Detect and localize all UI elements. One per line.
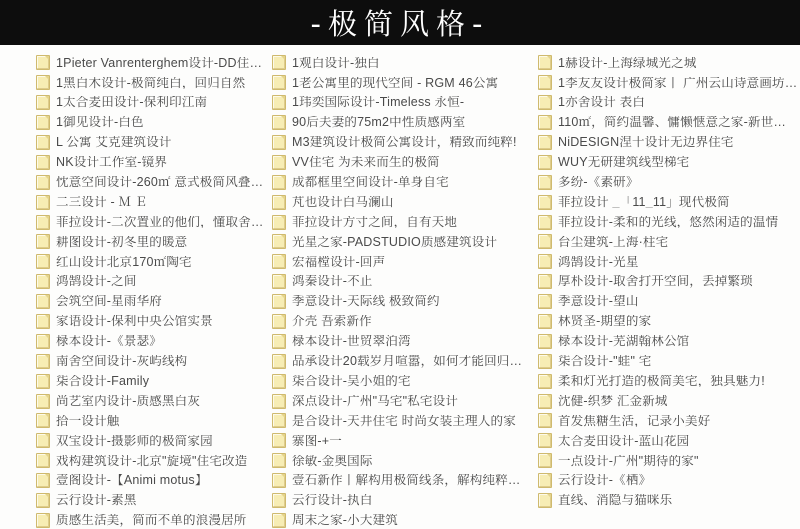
folder-item-label: 1观白设计-独白 (292, 57, 380, 70)
folder-icon (538, 274, 552, 289)
folder-item-label: 季意设计-望山 (558, 295, 639, 308)
folder-icon (272, 513, 286, 528)
folder-icon (272, 254, 286, 269)
folder-icon (36, 374, 50, 389)
folder-item-label: 林贤圣-期望的家 (558, 315, 651, 328)
folder-item[interactable]: 菲拉设计 _「11_11」现代极简 (538, 192, 798, 212)
folder-icon (36, 175, 50, 190)
folder-icon (272, 75, 286, 90)
folder-item-label: 云行设计-素黑 (56, 494, 137, 507)
folder-item[interactable]: 1御见设计-白色 (36, 113, 266, 133)
folder-item[interactable]: 椂本设计-世贸翠泊湾 (272, 331, 532, 351)
folder-item-label: 壹阁设计-【Animi motus】 (56, 474, 208, 487)
folder-item-label: 品承设计20载岁月喧嚣，如何才能回归宁静致... (292, 355, 532, 368)
folder-item-label: 1赫设计-上海绿城光之城 (558, 57, 697, 70)
folder-item-label: 多纷-《素研》 (558, 176, 639, 189)
folder-icon (36, 135, 50, 150)
folder-icon (272, 334, 286, 349)
folder-column-1: 1Pieter Vanrenterghem设计-DD住宅，中性...1黑白木设计… (0, 53, 266, 529)
folder-item-label: 寨图-+一 (292, 435, 342, 448)
folder-icon (36, 55, 50, 70)
folder-item[interactable]: WUY无研建筑线型梯宅 (538, 152, 798, 172)
folder-item-label: 椂本设计-世贸翠泊湾 (292, 335, 411, 348)
folder-item[interactable]: 鸿秦设计-不止 (272, 272, 532, 292)
folder-item[interactable]: 一点设计-广州"期待的家" (538, 451, 798, 471)
folder-item[interactable]: 品承设计20载岁月喧嚣，如何才能回归宁静致... (272, 351, 532, 371)
folder-icon (272, 413, 286, 428)
folder-item[interactable]: 季意设计-天际线 极致简约 (272, 292, 532, 312)
folder-icon (36, 314, 50, 329)
folder-item-label: 柒合设计-Family (56, 375, 149, 388)
folder-item[interactable]: 会筑空间-星雨华府 (36, 292, 266, 312)
folder-icon (538, 413, 552, 428)
folder-item-label: 1李友友设计极简家丨 广州云山诗意画坊居：... (558, 77, 798, 90)
folder-icon (538, 195, 552, 210)
folder-item[interactable]: 云行设计-素黑 (36, 491, 266, 511)
folder-item-label: 云行设计-《栖》 (558, 474, 651, 487)
folder-item[interactable]: NiDESIGN涅十设计无边界住宅 (538, 133, 798, 153)
folder-item-label: 耕图设计-初冬里的暖意 (56, 236, 187, 249)
folder-item-label: 直线、消隐与猫咪乐 (558, 494, 672, 507)
folder-item-label: 壹石新作丨解构用极简线条，解构纯粹空间 (292, 474, 532, 487)
folder-icon (272, 195, 286, 210)
folder-icon (36, 254, 50, 269)
folder-item-label: NiDESIGN涅十设计无边界住宅 (558, 136, 734, 149)
folder-item-label: NK设计工作室-镜界 (56, 156, 167, 169)
folder-item-label: 菲拉设计 _「11_11」现代极简 (558, 196, 730, 209)
folder-item[interactable]: 菲拉设计方寸之间，自有天地 (272, 212, 532, 232)
folder-item[interactable]: 双宝设计-摄影师的极简家园 (36, 431, 266, 451)
folder-item[interactable]: 深点设计-广州"马宅"私宅设计 (272, 391, 532, 411)
folder-icon (272, 453, 286, 468)
folder-item[interactable]: 光星之家-PADSTUDIO质感建筑设计 (272, 232, 532, 252)
folder-icon (272, 374, 286, 389)
folder-item[interactable]: 1玮奕国际设计-Timeless 永恒- (272, 93, 532, 113)
folder-item[interactable]: 菲拉设计-二次置业的他们，懂取舍、会生活 (36, 212, 266, 232)
folder-item[interactable]: 红山设计北京170㎡陶宅 (36, 252, 266, 272)
folder-item[interactable]: 1李友友设计极简家丨 广州云山诗意画坊居：... (538, 73, 798, 93)
folder-item[interactable]: 柒合设计-Family (36, 371, 266, 391)
folder-icon (36, 433, 50, 448)
folder-icon (36, 493, 50, 508)
folder-item[interactable]: 寨图-+一 (272, 431, 532, 451)
folder-icon (272, 135, 286, 150)
folder-item[interactable]: 鸿鹄设计-之间 (36, 272, 266, 292)
folder-icon (538, 175, 552, 190)
folder-item[interactable]: 戏构建筑设计-北京"旋境"住宅改造 (36, 451, 266, 471)
folder-item-label: 鸿鹄设计-之间 (56, 275, 137, 288)
folder-icon (538, 115, 552, 130)
folder-item[interactable]: 柒合设计-"蛙" 宅 (538, 351, 798, 371)
folder-item-label: 菲拉设计方寸之间，自有天地 (292, 216, 457, 229)
folder-item[interactable]: 首发焦糖生活，记录小美好 (538, 411, 798, 431)
folder-item-label: 忱意空间设计-260㎡ 意式极简风叠墅，还原设... (56, 176, 266, 189)
folder-item[interactable]: 忱意空间设计-260㎡ 意式极简风叠墅，还原设... (36, 172, 266, 192)
folder-item[interactable]: 尚艺室内设计-质感黑白灰 (36, 391, 266, 411)
folder-item[interactable]: 是合设计-天井住宅 时尚女装主理人的家 (272, 411, 532, 431)
folder-item-label: 菲拉设计-二次置业的他们，懂取舍、会生活 (56, 216, 266, 229)
folder-item[interactable]: 柔和灯光打造的极简美宅，独具魅力! (538, 371, 798, 391)
folder-item-label: L 公寓 艾克建筑设计 (56, 136, 172, 149)
folder-item[interactable]: 鸿鹄设计-光星 (538, 252, 798, 272)
folder-item-label: 戏构建筑设计-北京"旋境"住宅改造 (56, 455, 247, 468)
folder-icon (36, 215, 50, 230)
folder-item[interactable]: 柒合设计-吴小姐的宅 (272, 371, 532, 391)
folder-column-3: 1赫设计-上海绿城光之城1李友友设计极简家丨 广州云山诗意画坊居：...1亦舍设… (532, 53, 798, 510)
folder-icon (36, 354, 50, 369)
folder-item-label: WUY无研建筑线型梯宅 (558, 156, 689, 169)
folder-icon (272, 314, 286, 329)
folder-icon (272, 55, 286, 70)
folder-icon (36, 234, 50, 249)
folder-item-label: M3建筑设计极简公寓设计，精致而纯粹! (292, 136, 517, 149)
folder-icon (272, 493, 286, 508)
folder-item[interactable]: 成都框里空间设计-单身自宅 (272, 172, 532, 192)
folder-item[interactable]: 云行设计-《栖》 (538, 471, 798, 491)
folder-icon (538, 95, 552, 110)
folder-icon (272, 473, 286, 488)
folder-icon (36, 473, 50, 488)
folder-icon (272, 215, 286, 230)
folder-icon (36, 453, 50, 468)
folder-item-label: 1黑白木设计-极简纯白，回归自然 (56, 77, 245, 90)
folder-item[interactable]: 太合麦田设计-蓝山花园 (538, 431, 798, 451)
folder-item[interactable]: 台尘建筑-上海·柱宅 (538, 232, 798, 252)
folder-item[interactable]: L 公寓 艾克建筑设计 (36, 133, 266, 153)
folder-item-label: 1御见设计-白色 (56, 116, 144, 129)
folder-item-label: 光星之家-PADSTUDIO质感建筑设计 (292, 236, 497, 249)
folder-icon (272, 394, 286, 409)
folder-item[interactable]: 壹阁设计-【Animi motus】 (36, 471, 266, 491)
folder-list: 1Pieter Vanrenterghem设计-DD住宅，中性...1黑白木设计… (0, 45, 800, 529)
folder-item[interactable]: 1赫设计-上海绿城光之城 (538, 53, 798, 73)
folder-item-label: 柒合设计-"蛙" 宅 (558, 355, 652, 368)
folder-icon (36, 274, 50, 289)
folder-item-label: 红山设计北京170㎡陶宅 (56, 256, 192, 269)
folder-item-label: 台尘建筑-上海·柱宅 (558, 236, 668, 249)
folder-item-label: 介壳 吾索新作 (292, 315, 372, 328)
folder-item-label: 拾一设计触 (56, 415, 120, 428)
folder-item-label: 南舍空间设计-灰屿线构 (56, 355, 187, 368)
folder-item-label: 是合设计-天井住宅 时尚女装主理人的家 (292, 415, 516, 428)
folder-item[interactable]: 壹石新作丨解构用极简线条，解构纯粹空间 (272, 471, 532, 491)
folder-item-label: 二三设计 - Ｍ Ｅ (56, 196, 148, 209)
folder-item[interactable]: 1太合麦田设计-保利印江南 (36, 93, 266, 113)
folder-item-label: 季意设计-天际线 极致简约 (292, 295, 440, 308)
folder-item[interactable]: 厚朴设计-取舍打开空间，丢掉繁琐 (538, 272, 798, 292)
folder-icon (538, 234, 552, 249)
folder-icon (538, 215, 552, 230)
folder-icon (538, 254, 552, 269)
folder-item-label: 1Pieter Vanrenterghem设计-DD住宅，中性... (56, 57, 266, 70)
folder-item[interactable]: 多纷-《素研》 (538, 172, 798, 192)
folder-item-label: 菲拉设计-柔和的光线，悠然闲适的温情 (558, 216, 778, 229)
folder-item[interactable]: 菲拉设计-柔和的光线，悠然闲适的温情 (538, 212, 798, 232)
folder-icon (272, 95, 286, 110)
folder-item[interactable]: 芃也设计白马澜山 (272, 192, 532, 212)
folder-icon (538, 55, 552, 70)
folder-item[interactable]: 90后夫妻的75m2中性质感两室 (272, 113, 532, 133)
folder-item-label: 首发焦糖生活，记录小美好 (558, 415, 710, 428)
folder-item[interactable]: 云行设计-执白 (272, 491, 532, 511)
folder-item[interactable]: 林贤圣-期望的家 (538, 312, 798, 332)
folder-item-label: 椂本设计-《景瑟》 (56, 335, 162, 348)
folder-item-label: 太合麦田设计-蓝山花园 (558, 435, 689, 448)
folder-item[interactable]: 耕图设计-初冬里的暖意 (36, 232, 266, 252)
folder-icon (36, 195, 50, 210)
folder-item[interactable]: 1观白设计-独白 (272, 53, 532, 73)
folder-icon (272, 274, 286, 289)
folder-item-label: 鸿鹄设计-光星 (558, 256, 639, 269)
folder-item-label: 1玮奕国际设计-Timeless 永恒- (292, 96, 464, 109)
folder-item-label: 柔和灯光打造的极简美宅，独具魅力! (558, 375, 765, 388)
folder-item-label: 深点设计-广州"马宅"私宅设计 (292, 395, 458, 408)
folder-item[interactable]: M3建筑设计极简公寓设计，精致而纯粹! (272, 133, 532, 153)
folder-icon (538, 314, 552, 329)
folder-item-label: 会筑空间-星雨华府 (56, 295, 162, 308)
folder-item-label: 柒合设计-吴小姐的宅 (292, 375, 411, 388)
folder-item[interactable]: 徐敏-金奥国际 (272, 451, 532, 471)
folder-item[interactable]: 季意设计-望山 (538, 292, 798, 312)
page-title: -极简风格- (311, 2, 490, 43)
folder-icon (272, 234, 286, 249)
folder-column-2: 1观白设计-独白1老公寓里的现代空间 - RGM 46公寓1玮奕国际设计-Tim… (266, 53, 532, 529)
folder-item[interactable]: 家语设计-保利中央公馆实景 (36, 312, 266, 332)
folder-icon (538, 493, 552, 508)
folder-icon (538, 75, 552, 90)
folder-icon (538, 334, 552, 349)
folder-icon (36, 75, 50, 90)
folder-item-label: 尚艺室内设计-质感黑白灰 (56, 395, 200, 408)
folder-item[interactable]: 1黑白木设计-极简纯白，回归自然 (36, 73, 266, 93)
folder-item[interactable]: 1亦舍设计 表白 (538, 93, 798, 113)
folder-icon (272, 115, 286, 130)
folder-icon (538, 294, 552, 309)
folder-item-label: 双宝设计-摄影师的极简家园 (56, 435, 213, 448)
folder-icon (538, 374, 552, 389)
page-title-banner: -极简风格- (0, 0, 800, 45)
folder-item[interactable]: 拾一设计触 (36, 411, 266, 431)
folder-item[interactable]: 椂本设计-芜湖翰林公馆 (538, 331, 798, 351)
folder-icon (538, 433, 552, 448)
folder-item[interactable]: 沈健-织梦 汇金新城 (538, 391, 798, 411)
folder-icon (272, 294, 286, 309)
folder-icon (538, 473, 552, 488)
folder-item-label: 质感生活美，简而不单的浪漫居所 (56, 514, 247, 527)
folder-icon (36, 155, 50, 170)
folder-item-label: VV住宅 为未来而生的极简 (292, 156, 440, 169)
folder-item-label: 沈健-织梦 汇金新城 (558, 395, 668, 408)
folder-icon (272, 155, 286, 170)
folder-item[interactable]: NK设计工作室-镜界 (36, 152, 266, 172)
folder-item[interactable]: 周末之家-小大建筑 (272, 510, 532, 529)
folder-item-label: 周末之家-小大建筑 (292, 514, 398, 527)
folder-icon (36, 513, 50, 528)
folder-icon (36, 95, 50, 110)
folder-item-label: 成都框里空间设计-单身自宅 (292, 176, 449, 189)
folder-item-label: 厚朴设计-取舍打开空间，丢掉繁琐 (558, 275, 753, 288)
folder-item-label: 1老公寓里的现代空间 - RGM 46公寓 (292, 77, 498, 90)
folder-icon (272, 175, 286, 190)
folder-item-label: 椂本设计-芜湖翰林公馆 (558, 335, 689, 348)
folder-item[interactable]: 1Pieter Vanrenterghem设计-DD住宅，中性... (36, 53, 266, 73)
folder-item[interactable]: 椂本设计-《景瑟》 (36, 331, 266, 351)
folder-icon (538, 453, 552, 468)
folder-item-label: 芃也设计白马澜山 (292, 196, 394, 209)
folder-item-label: 1亦舍设计 表白 (558, 96, 645, 109)
folder-item[interactable]: 110㎡，简约温馨、慵懒惬意之家-新世界公寓 (538, 113, 798, 133)
folder-item[interactable]: 南舍空间设计-灰屿线构 (36, 351, 266, 371)
folder-item-label: 鸿秦设计-不止 (292, 275, 373, 288)
folder-item-label: 宏福樘设计-回声 (292, 256, 385, 269)
folder-item-label: 一点设计-广州"期待的家" (558, 455, 699, 468)
folder-icon (36, 334, 50, 349)
folder-item-label: 110㎡，简约温馨、慵懒惬意之家-新世界公寓 (558, 116, 798, 129)
folder-icon (36, 413, 50, 428)
folder-item[interactable]: 1老公寓里的现代空间 - RGM 46公寓 (272, 73, 532, 93)
folder-item[interactable]: 直线、消隐与猫咪乐 (538, 491, 798, 511)
folder-icon (538, 155, 552, 170)
folder-item[interactable]: VV住宅 为未来而生的极简 (272, 152, 532, 172)
folder-item-label: 家语设计-保利中央公馆实景 (56, 315, 213, 328)
folder-item-label: 90后夫妻的75m2中性质感两室 (292, 116, 465, 129)
folder-icon (36, 294, 50, 309)
folder-icon (538, 135, 552, 150)
folder-item-label: 徐敏-金奥国际 (292, 455, 373, 468)
folder-item-label: 云行设计-执白 (292, 494, 373, 507)
folder-icon (36, 115, 50, 130)
folder-item-label: 1太合麦田设计-保利印江南 (56, 96, 207, 109)
folder-icon (36, 394, 50, 409)
folder-item[interactable]: 宏福樘设计-回声 (272, 252, 532, 272)
folder-item[interactable]: 质感生活美，简而不单的浪漫居所 (36, 510, 266, 529)
folder-item[interactable]: 二三设计 - Ｍ Ｅ (36, 192, 266, 212)
folder-icon (272, 433, 286, 448)
folder-icon (538, 354, 552, 369)
folder-icon (272, 354, 286, 369)
folder-icon (538, 394, 552, 409)
folder-item[interactable]: 介壳 吾索新作 (272, 312, 532, 332)
